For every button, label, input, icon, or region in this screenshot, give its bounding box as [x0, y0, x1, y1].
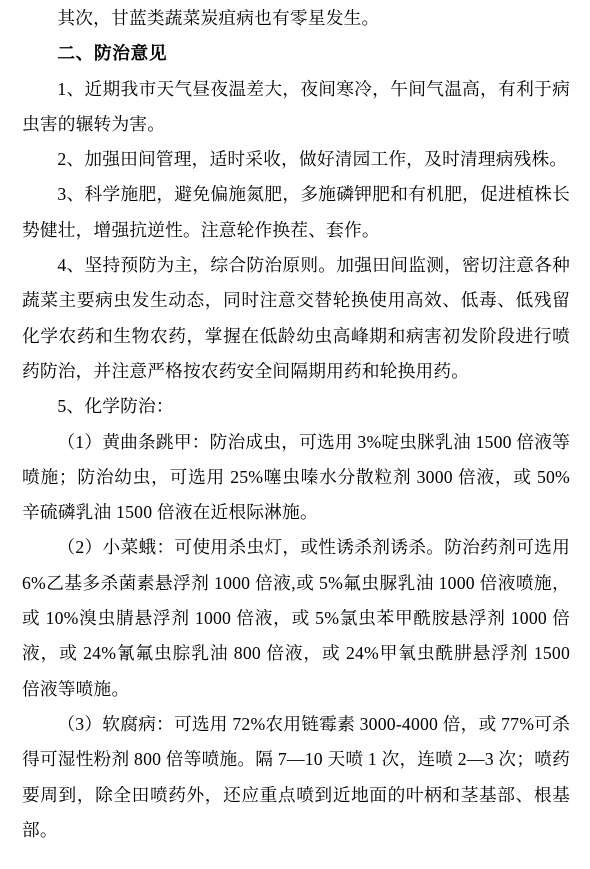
paragraph-soft-rot-control: （3）软腐病：可选用 72%农用链霉素 3000-4000 倍，或 77%可杀得…: [22, 707, 570, 848]
paragraph-scientific-fertilization: 3、科学施肥，避免偏施氮肥，多施磷钾肥和有机肥，促进植株长势健壮，增强抗逆性。注…: [22, 177, 570, 248]
section-heading-prevention-advice: 二、防治意见: [22, 36, 570, 71]
paragraph-weather-conditions: 1、近期我市天气昼夜温差大，夜间寒冷，午间气温高，有利于病虫害的辗转为害。: [22, 72, 570, 143]
paragraph-prevention-principle: 4、坚持预防为主，综合防治原则。加强田间监测，密切注意各种蔬菜主要病虫发生动态，…: [22, 248, 570, 389]
paragraph-diamondback-moth-control: （2）小菜蛾：可使用杀虫灯，或性诱杀剂诱杀。防治药剂可选用6%乙基多杀菌素悬浮剂…: [22, 530, 570, 706]
paragraph-anthracnose-note: 其次，甘蓝类蔬菜炭疽病也有零星发生。: [22, 1, 570, 36]
paragraph-field-management: 2、加强田间管理，适时采收，做好清园工作，及时清理病残株。: [22, 142, 570, 177]
paragraph-flea-beetle-control: （1）黄曲条跳甲：防治成虫，可选用 3%啶虫脒乳油 1500 倍液等喷施；防治幼…: [22, 425, 570, 531]
document-page: 其次，甘蓝类蔬菜炭疽病也有零星发生。 二、防治意见 1、近期我市天气昼夜温差大，…: [0, 0, 590, 869]
paragraph-chemical-control-heading: 5、化学防治：: [22, 389, 570, 424]
